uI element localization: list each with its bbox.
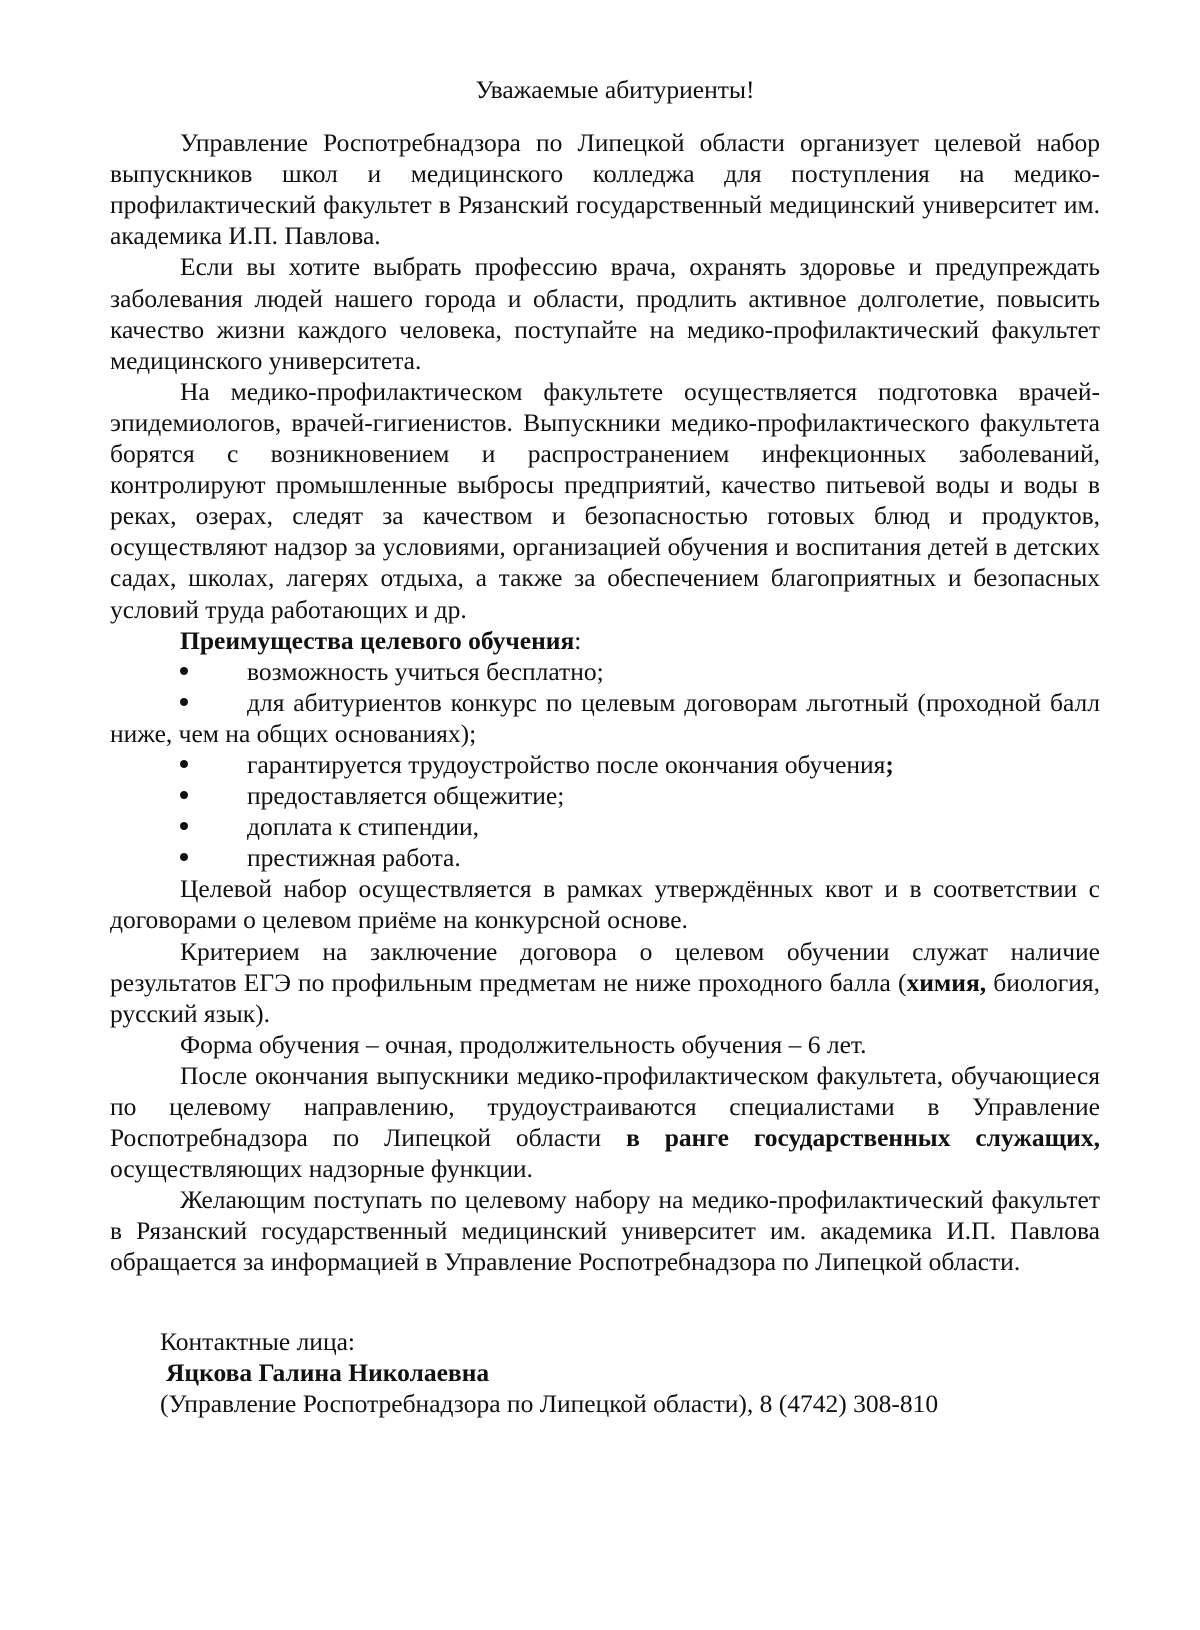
paragraph-intro: Управление Роспотребнадзора по Липецкой … [110, 127, 1100, 251]
advantages-heading-colon: : [574, 626, 581, 655]
list-item: престижная работа. [110, 842, 1100, 873]
bullet-icon [180, 687, 247, 718]
advantages-heading-text: Преимущества целевого обучения [180, 626, 574, 655]
list-item: предоставляется общежитие; [110, 780, 1100, 811]
list-item-text: предоставляется общежитие; [247, 781, 564, 810]
contacts-section: Контактные лица: Яцкова Галина Николаевн… [110, 1326, 1100, 1419]
employment-tail: осуществляющих надзорные функции. [110, 1154, 533, 1183]
list-item: гарантируется трудоустройство после окон… [110, 749, 1100, 780]
paragraph-study-form: Форма обучения – очная, продолжительност… [110, 1029, 1100, 1060]
list-item: доплата к стипендии, [110, 811, 1100, 842]
paragraph-faculty: На медико-профилактическом факультете ос… [110, 376, 1100, 625]
list-item-text: гарантируется трудоустройство после окон… [247, 750, 885, 779]
list-item: для абитуриентов конкурс по целевым дого… [110, 687, 1100, 749]
paragraph-employment: После окончания выпускники медико-профил… [110, 1060, 1100, 1184]
list-item-text: престижная работа. [247, 843, 461, 872]
list-item-text: доплата к стипендии, [247, 812, 479, 841]
document-page: Уважаемые абитуриенты! Управление Роспот… [110, 74, 1100, 1419]
bullet-icon [180, 811, 247, 842]
list-item-bold-semicolon: ; [885, 750, 894, 779]
list-item: возможность учиться бесплатно; [110, 656, 1100, 687]
advantages-list: возможность учиться бесплатно; для абиту… [110, 656, 1100, 874]
document-title: Уважаемые абитуриенты! [110, 74, 1100, 105]
bullet-icon [180, 656, 247, 687]
criteria-bold: химия, [906, 968, 986, 997]
bullet-icon [180, 842, 247, 873]
bullet-icon [180, 749, 247, 780]
contact-details: (Управление Роспотребнадзора по Липецкой… [160, 1388, 1100, 1419]
paragraph-profession: Если вы хотите выбрать профессию врача, … [110, 251, 1100, 375]
list-item-text: для абитуриентов конкурс по целевым дого… [110, 688, 1100, 748]
contacts-label: Контактные лица: [160, 1326, 1100, 1357]
paragraph-quotas: Целевой набор осуществляется в рамках ут… [110, 873, 1100, 935]
list-item-text: возможность учиться бесплатно; [247, 657, 604, 686]
paragraph-contact-info: Желающим поступать по целевому набору на… [110, 1184, 1100, 1277]
employment-bold: в ранге государственных служащих, [626, 1123, 1100, 1152]
contact-name: Яцкова Галина Николаевна [160, 1357, 1100, 1388]
bullet-icon [180, 780, 247, 811]
advantages-heading: Преимущества целевого обучения: [110, 625, 1100, 656]
paragraph-criteria: Критерием на заключение договора о целев… [110, 936, 1100, 1029]
